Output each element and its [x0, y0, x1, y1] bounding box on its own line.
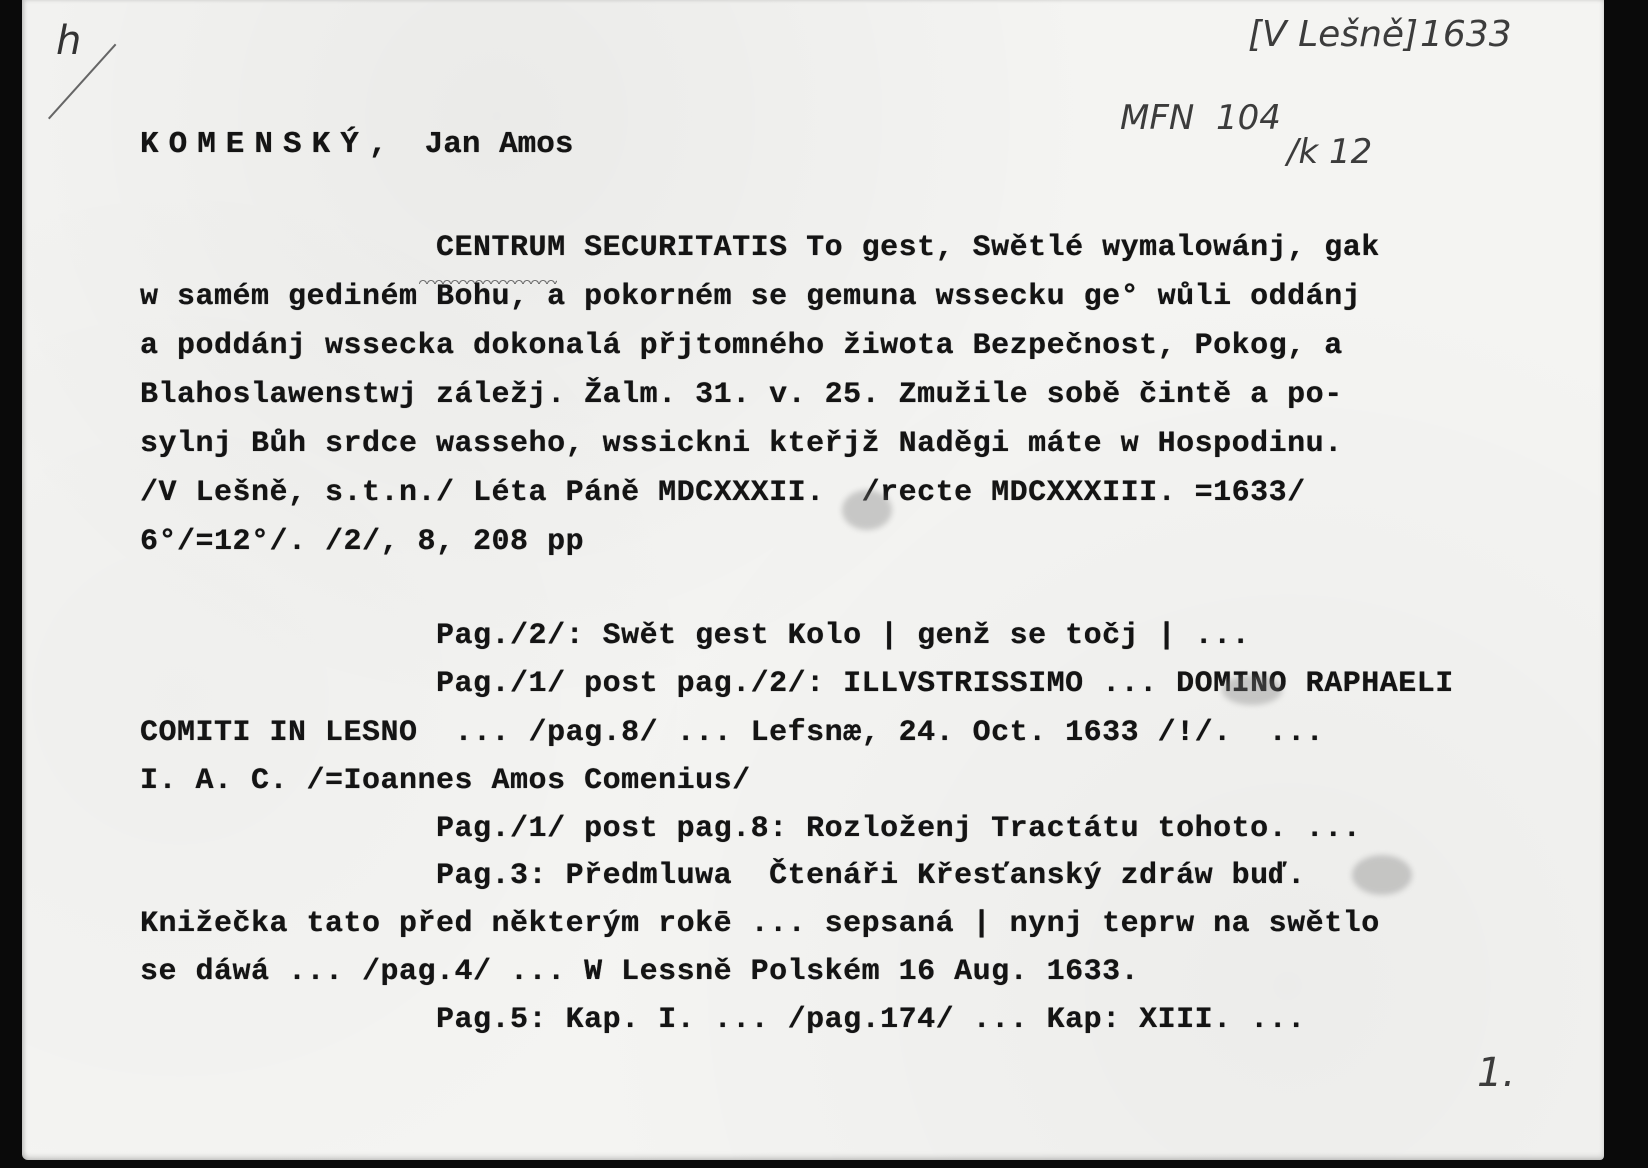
scanned-card-image: h [V Lešně] 1633 MFN 104 /k 12 1. KOMENS… — [0, 0, 1648, 1168]
body-line: sylnj Bůh srdce wasseho, wssickni kteřjž… — [140, 420, 1343, 469]
author-surname: KOMENSKÝ — [140, 127, 369, 162]
body-line: se dáwá ... /pag.4/ ... W Lessně Polském… — [140, 948, 1139, 997]
paper-smudge — [1222, 675, 1282, 705]
handwritten-shelfmark-sub: /k 12 — [1287, 132, 1372, 172]
body-line: Pag.3: Předmluwa Čtenáři Křesťanský zdrá… — [140, 852, 1306, 901]
handwritten-card-count: 1. — [1477, 1050, 1515, 1096]
body-line: Pag./1/ post pag.8: Rozloženj Tractátu t… — [140, 805, 1361, 854]
handwritten-year: 1633 — [1420, 14, 1512, 55]
author-given-names: Jan Amos — [425, 127, 574, 162]
handwritten-shelfmark: MFN 104 — [1120, 98, 1281, 138]
body-line: I. A. C. /=Ioannes Amos Comenius/ — [140, 757, 751, 806]
body-line: 6°/=12°/. /2/, 8, 208 pp — [140, 518, 584, 567]
paper-smudge — [842, 490, 892, 530]
paper-smudge — [1352, 855, 1412, 895]
body-line: CENTRUM SECURITATIS To gest, Swětlé wyma… — [140, 224, 1380, 273]
heading-separator: , — [369, 127, 388, 162]
catalog-card: h [V Lešně] 1633 MFN 104 /k 12 1. KOMENS… — [22, 0, 1604, 1160]
handwritten-corner-mark: h — [56, 18, 81, 64]
body-line: a poddánj wssecka dokonalá přjtomného ži… — [140, 322, 1343, 371]
body-line: Knižečka tato před některým rokē ... sep… — [140, 900, 1380, 949]
author-heading: KOMENSKÝ, Jan Amos — [140, 120, 573, 169]
body-line: Pag.5: Kap. I. ... /pag.174/ ... Kap: XI… — [140, 996, 1306, 1045]
body-line: Blahoslawenstwj záležj. Žalm. 31. v. 25.… — [140, 371, 1343, 420]
body-line: /V Lešně, s.t.n./ Léta Páně MDCXXXII. /r… — [140, 469, 1306, 518]
body-line: w samém gediném Bohu, a pokorném se gemu… — [140, 273, 1361, 322]
handwritten-place: [V Lešně] — [1248, 14, 1418, 55]
body-line: Pag./2/: Swět gest Kolo | genž se točj |… — [140, 612, 1250, 661]
body-line: COMITI IN LESNO ... /pag.8/ ... Lefsnæ, … — [140, 709, 1324, 758]
